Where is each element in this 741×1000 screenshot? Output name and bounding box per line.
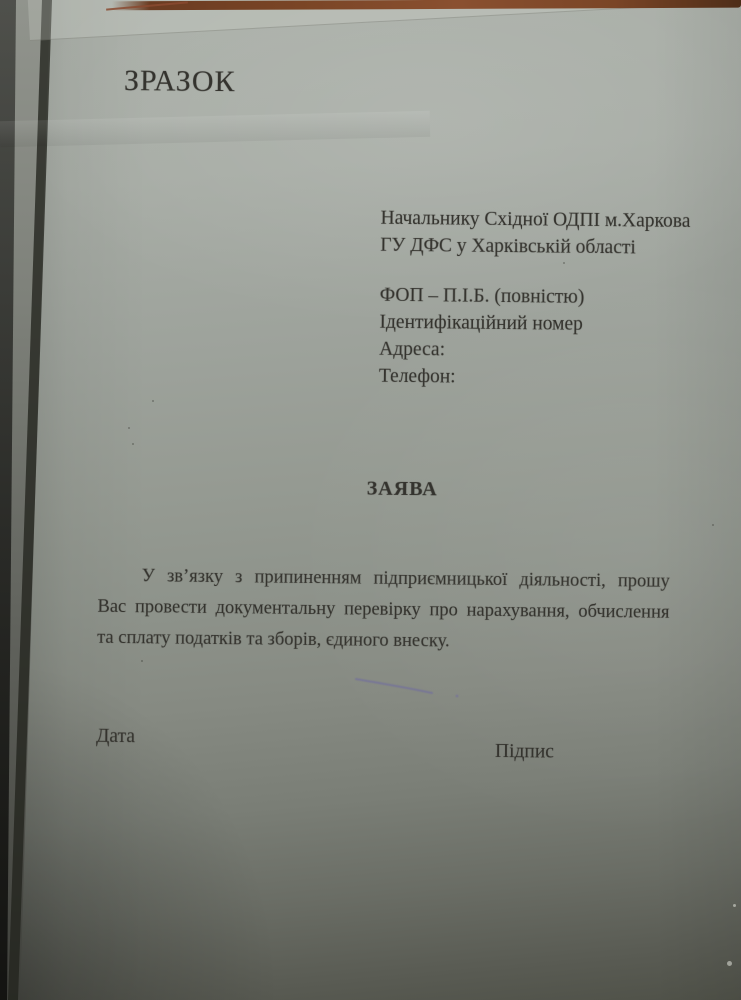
- pen-stroke: [0, 0, 741, 1000]
- photographed-paper-document: ЗРАЗОК Начальнику Східної ОДПІ м.Харкова…: [0, 0, 741, 1000]
